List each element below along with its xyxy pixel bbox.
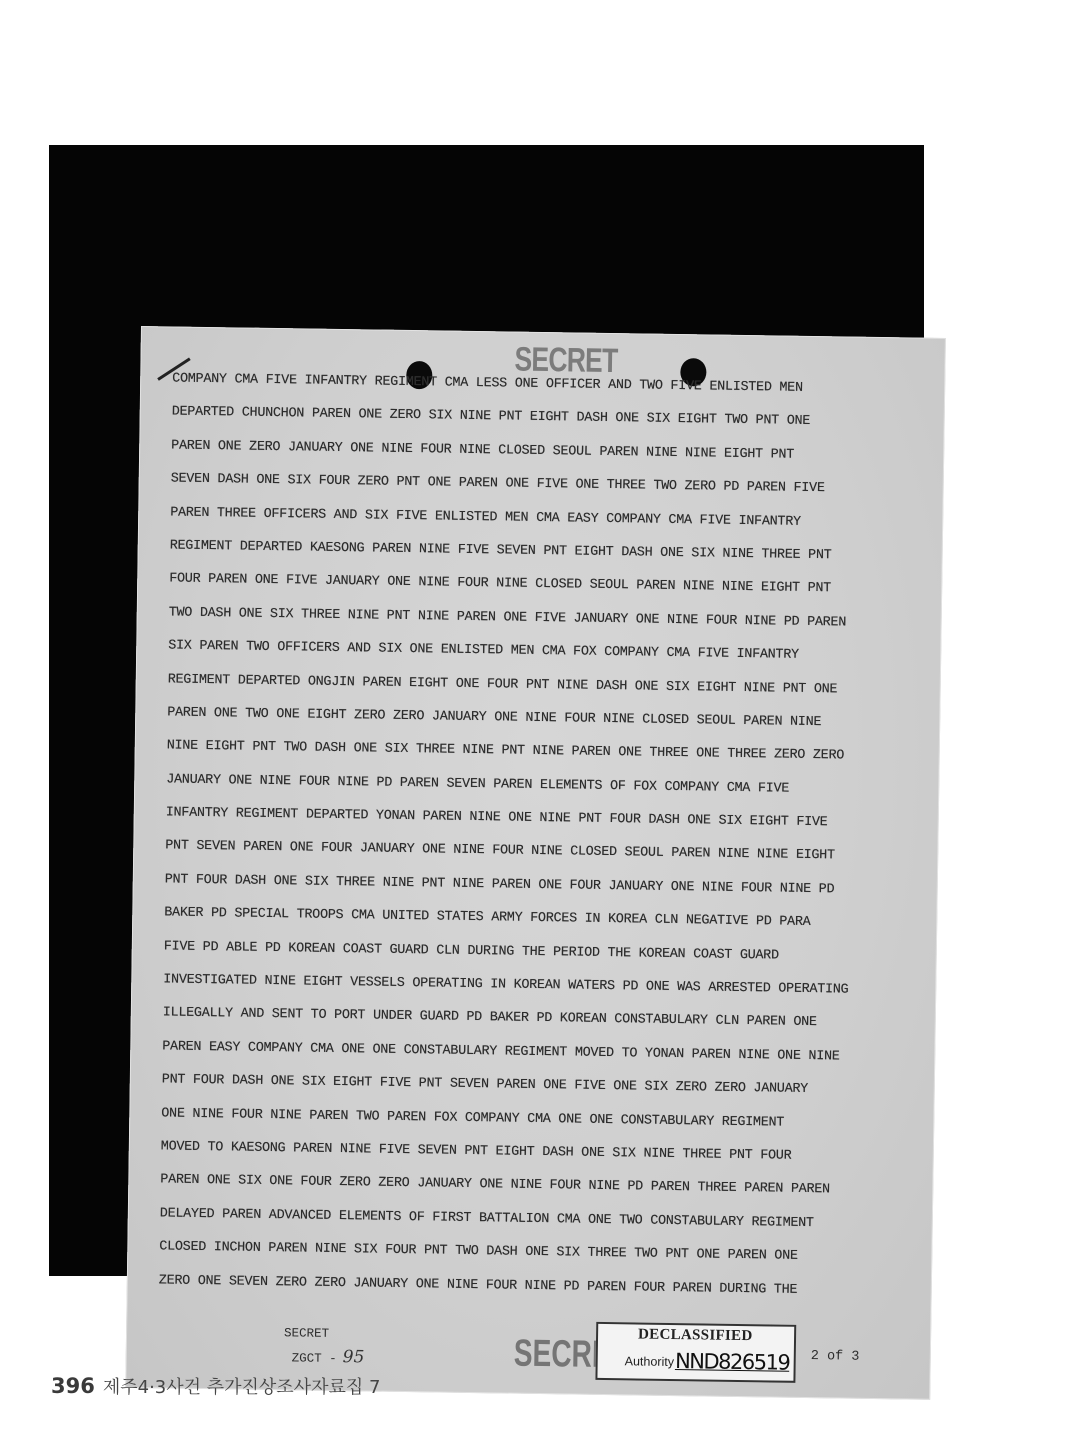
footer-classification: SECRET bbox=[284, 1326, 365, 1341]
page-of-indicator: 2 of 3 bbox=[811, 1349, 860, 1365]
authority-number: NND826519 bbox=[675, 1349, 790, 1375]
reference-typed: ZGCT - bbox=[292, 1351, 337, 1366]
footer-classification-block: SECRET ZGCT -95 bbox=[284, 1326, 365, 1367]
page-number: 396 bbox=[51, 1374, 95, 1398]
reference-handwritten: 95 bbox=[343, 1347, 365, 1367]
message-body: COMPANY CMA FIVE INFANTRY REGIMENT CMA L… bbox=[159, 368, 933, 1314]
authority-line: AuthorityNND826519 bbox=[625, 1348, 790, 1374]
footer-reference: ZGCT -95 bbox=[292, 1346, 365, 1367]
book-footer: 396 제주4·3사건 추가진상조사자료집 7 bbox=[51, 1373, 380, 1399]
document-page: SECRET COMPANY CMA FIVE INFANTRY REGIMEN… bbox=[125, 326, 946, 1400]
declassified-stamp: DECLASSIFIED AuthorityNND826519 bbox=[595, 1322, 796, 1383]
authority-label: Authority bbox=[625, 1354, 675, 1369]
declassified-title: DECLASSIFIED bbox=[638, 1326, 753, 1345]
scan-frame: SECRET COMPANY CMA FIVE INFANTRY REGIMEN… bbox=[49, 145, 924, 1276]
book-title: 제주4·3사건 추가진상조사자료집 7 bbox=[103, 1373, 381, 1399]
